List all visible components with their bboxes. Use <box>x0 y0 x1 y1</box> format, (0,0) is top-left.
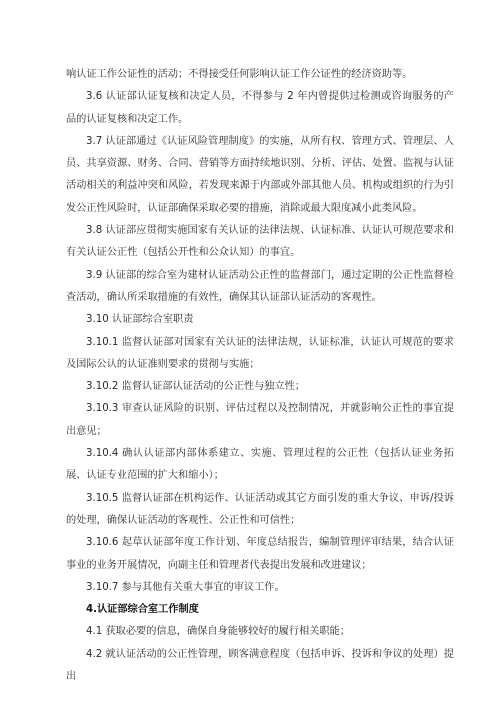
paragraph-4-1: 4.1 获取必要的信息，确保自身能够较好的履行相关职能； <box>66 621 454 643</box>
paragraph-3-6: 3.6 认证部认证复核和决定人员，不得参与 2 年内曾提供过检测或咨询服务的产品… <box>66 86 454 131</box>
document-page: 响认证工作公证性的活动；不得接受任何影响认证工作公证性的经济资助等。 3.6 认… <box>66 64 454 688</box>
paragraph-3-8: 3.8 认证部应贯彻实施国家有关认证的法律法规、认证标准、认证认可规范要求和有关… <box>66 220 454 265</box>
paragraph-3-10: 3.10 认证部综合室职责 <box>66 309 454 331</box>
paragraph-3-10-3: 3.10.3 审查认证风险的识别、评估过程以及控制情况，并就影响公正性的事宜提出… <box>66 398 454 443</box>
section-heading-4: 4.认证部综合室工作制度 <box>66 599 454 621</box>
paragraph-3-10-4: 3.10.4 确认认证部内部体系建立、实施、管理过程的公正性（包括认证业务拓展、… <box>66 443 454 488</box>
paragraph-3-10-5: 3.10.5 监督认证部在机构运作、认证活动或其它方面引发的重大争议、申诉/投诉… <box>66 488 454 533</box>
paragraph-4-2: 4.2 就认证活动的公正性管理，顾客满意程度（包括申诉、投诉和争议的处理）提出 <box>66 644 454 689</box>
paragraph-3-10-6: 3.10.6 起草认证部年度工作计划、年度总结报告，编制管理评审结果，结合认证事… <box>66 532 454 577</box>
paragraph-continuation: 响认证工作公证性的活动；不得接受任何影响认证工作公证性的经济资助等。 <box>66 64 454 86</box>
paragraph-3-9: 3.9 认证部的综合室为建材认证活动公正性的监督部门，通过定期的公正性监督检查活… <box>66 265 454 310</box>
paragraph-3-10-1: 3.10.1 监督认证部对国家有关认证的法律法规，认证标准，认证认可规范的要求及… <box>66 332 454 377</box>
paragraph-3-7: 3.7 认证部通过《认证风险管理制度》的实施，从所有权、管理方式、管理层、人员、… <box>66 131 454 220</box>
paragraph-3-10-2: 3.10.2 监督认证部认证活动的公正性与独立性； <box>66 376 454 398</box>
paragraph-3-10-7: 3.10.7 参与其他有关重大事宜的审议工作。 <box>66 577 454 599</box>
